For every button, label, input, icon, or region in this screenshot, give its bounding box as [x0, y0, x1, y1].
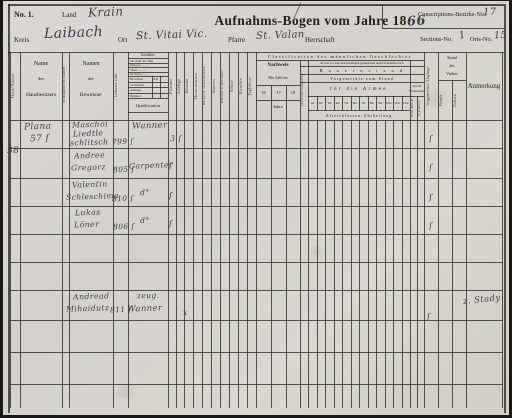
form-title-year-handwritten: 66: [406, 13, 426, 29]
age-class: 1te: [308, 97, 317, 109]
grid-line-horizontal: [10, 384, 502, 385]
column-header-inhabitants-2: der: [69, 74, 113, 82]
orts-no-label: Orts-No.: [470, 36, 492, 43]
pfarre-label: Pfarre: [228, 36, 245, 44]
land-label: Land: [62, 11, 76, 19]
entry-check-mark: ſ: [429, 193, 433, 202]
sections-no-label: Sections-No.: [420, 36, 453, 43]
classification-title: Classification des männlichen Geschlecht…: [256, 53, 424, 60]
grid-line-horizontal: [10, 352, 502, 353]
nachweis-subtitle: Die Zahl im: [256, 71, 300, 83]
age-class: 12te: [402, 97, 411, 109]
grid-line-horizontal: [10, 290, 502, 291]
age-class: 10te: [385, 97, 394, 109]
entry-occupation: Wanner: [132, 120, 168, 131]
column-header-dwelling-party-number: Wohnparteien-Numer: [63, 54, 69, 116]
entry-check-mark: ſ: [429, 163, 433, 172]
nachweis-title: Nachweis: [256, 61, 300, 68]
column-header-category: Häusler u. Inwohner: [221, 54, 229, 118]
entry-resident-name: Gregorz: [71, 162, 106, 172]
column-header-remarks: Anmerkung: [466, 80, 502, 92]
vormerkung-line-2: Vormerkung: [410, 89, 424, 94]
nachweis-year-17: 17: [271, 87, 286, 98]
grid-line-vertical: [452, 80, 453, 408]
scanned-conscription-form: No. 1. Land Krain Conscriptions-Bezirks-…: [0, 0, 512, 418]
age-class: 5te: [342, 97, 351, 109]
column-header-horses: Pferde: [439, 83, 451, 118]
qualification-inner-cols: A B: [153, 77, 167, 81]
column-header-oxen: Ochsen: [453, 83, 465, 118]
form-title: Aufnahms-Bogen vom Jahre 1866: [205, 13, 435, 29]
grid-line-horizontal: [10, 178, 502, 179]
column-header-category: Beamte: [185, 54, 193, 118]
entry-tally-mark: 3 ſ: [170, 134, 182, 143]
qualification-box-top: Gezählet:: [128, 53, 168, 58]
column-header-owner-1: Name: [20, 59, 62, 68]
conscription-district-value: 17: [483, 7, 497, 18]
livestock-header-1: Stand: [438, 54, 466, 61]
grid-line-horizontal: [10, 234, 502, 235]
band-bauernstand: B a u e r n s t a n d: [300, 67, 424, 74]
entry-occupation: Carpenter: [129, 160, 173, 171]
column-header-category: Bürger u. Gewerbsleute: [203, 54, 211, 118]
qualification-inner-row: Adeliger: [130, 88, 152, 92]
entry-tally-mark: ſ: [169, 219, 173, 228]
entry-birth-year: 810 ſ: [112, 194, 134, 204]
age-class: 8te: [368, 97, 377, 109]
column-header-on-leave: Beurlaubte: [418, 97, 424, 119]
entry-owner-name: Plana: [24, 122, 52, 133]
nachweis-unit: Jahre: [256, 101, 300, 111]
qualification-inner-row: Beamter: [130, 94, 152, 98]
entry-owner-name: 57 ſ: [30, 134, 50, 145]
column-header-military: Beim Militär: [411, 97, 417, 119]
vormerkung-line-1: Vor der: [410, 83, 424, 88]
grid-line-horizontal: [10, 148, 502, 149]
orts-no-value: 15: [494, 30, 507, 41]
column-header-category: Adelige: [177, 54, 184, 118]
land-value: Krain: [88, 4, 124, 19]
entry-occupation-note: zeug.: [137, 291, 160, 301]
ort-value: St. Vitai Vic.: [136, 28, 208, 42]
entry-resident-name: schlitsch: [70, 137, 109, 147]
qualification-box-row: Die Zahl 3te 1866: [130, 59, 167, 63]
nachweis-year-18: 18: [286, 87, 300, 98]
entry-cross-mark: x: [183, 308, 188, 317]
livestock-header-3: Viehes: [438, 70, 466, 77]
pfarre-value: St. Valan: [256, 29, 305, 42]
grid-line-vertical: [20, 52, 21, 408]
form-number: No. 1.: [14, 10, 34, 19]
qualification-box-row: Religion — —: [130, 63, 167, 67]
form-title-printed: Aufnahms-Bogen vom Jahre 18: [214, 13, 406, 29]
herrschaft-label: Herrschaft: [305, 36, 335, 44]
age-class: 2te: [317, 97, 326, 109]
column-header-owner-2: des: [20, 74, 62, 82]
column-header-qualification: Qualification: [128, 100, 168, 110]
column-header-birth-year: Geburts-Jahr: [114, 54, 127, 116]
grid-line-vertical: [69, 52, 70, 408]
ort-label: Ort: [118, 36, 127, 44]
grid-line-vertical: [424, 52, 425, 408]
age-class: 7te: [359, 97, 368, 109]
age-class: 9te: [376, 97, 385, 109]
grid-line-horizontal: [8, 4, 504, 6]
entry-birth-year: 806 ſ: [113, 222, 135, 232]
entry-tally-mark: ſ: [169, 191, 173, 200]
column-header-category: Priester: [169, 54, 176, 118]
column-header-category: Taglöhner: [248, 54, 256, 118]
service-note: In was vor welchen Gattungen gedient und…: [301, 61, 423, 66]
entry-birth-year: 799 ſ: [112, 137, 134, 147]
qualification-box-row: Gewerbe — —: [130, 72, 167, 76]
entry-check-mark: ſ: [429, 134, 433, 143]
qualification-inner-row: Geistlicher: [130, 83, 152, 87]
grid-line-vertical: [504, 4, 506, 413]
entry-resident-name: Andread: [73, 291, 110, 301]
column-header-category: Bauern: [212, 54, 220, 118]
column-header-inhabitants-1: Namen: [69, 59, 113, 68]
column-header-house-number: Haus-Numer: [11, 56, 20, 116]
kreis-label: Kreis: [14, 36, 29, 44]
entry-occupation-ditto: d°: [140, 216, 150, 225]
livestock-header-2: des: [438, 62, 466, 69]
column-header-category: Söhne: [230, 54, 238, 118]
entry-tally-mark: ſ: [169, 161, 173, 170]
qualification-box-row: Stand — —: [130, 68, 167, 72]
band-vorgemerkte: Vorgemerkte zum Stand: [300, 75, 424, 82]
grid-line-vertical: [271, 85, 272, 408]
grid-line-vertical: [466, 52, 467, 408]
grid-line-horizontal: [10, 262, 502, 263]
column-header-inhabitants-3: Bewohner: [69, 90, 113, 99]
grid-line-horizontal: [256, 85, 300, 86]
entry-resident-name: Lukas: [75, 208, 101, 218]
age-class: 11te: [393, 97, 402, 109]
age-class: 3te: [325, 97, 334, 109]
grid-line-horizontal: [10, 206, 502, 207]
qualification-inner-head: Bewohner: [130, 77, 152, 81]
entry-check-mark: ſ: [427, 312, 431, 321]
column-header-category: Knechte: [239, 54, 247, 118]
entry-occupation: Wanner: [127, 303, 163, 314]
grid-line-vertical: [286, 85, 287, 408]
entry-resident-name: Löner: [74, 220, 100, 230]
entry-resident-name: Andree: [74, 150, 105, 160]
grid-line-horizontal: [438, 80, 466, 81]
nachweis-year-16: 16: [256, 87, 271, 98]
kreis-value: Laibach: [44, 24, 104, 42]
age-class: 4te: [334, 97, 343, 109]
entry-occupation-ditto: d°: [140, 188, 150, 197]
entry-resident-name: Valentin: [72, 179, 108, 189]
column-header-owner-3: Hausbesitzers: [20, 90, 62, 99]
entry-check-mark: ſ: [429, 221, 433, 230]
column-header-category: Honoratioren: [194, 54, 202, 118]
grid-line-vertical: [502, 52, 503, 408]
band-fuer-die-armee: für die Armee: [308, 84, 410, 95]
paper-stain: [110, 385, 140, 399]
age-class: 6te: [351, 97, 360, 109]
entry-resident-name: Mihaidutz: [66, 303, 110, 314]
age-band-label: Altersklassen-Abtheilung: [308, 111, 410, 119]
entry-house-number: 38: [7, 146, 20, 156]
column-header-vorgemerkte: Vorgemerkte Abgänge: [426, 54, 437, 118]
